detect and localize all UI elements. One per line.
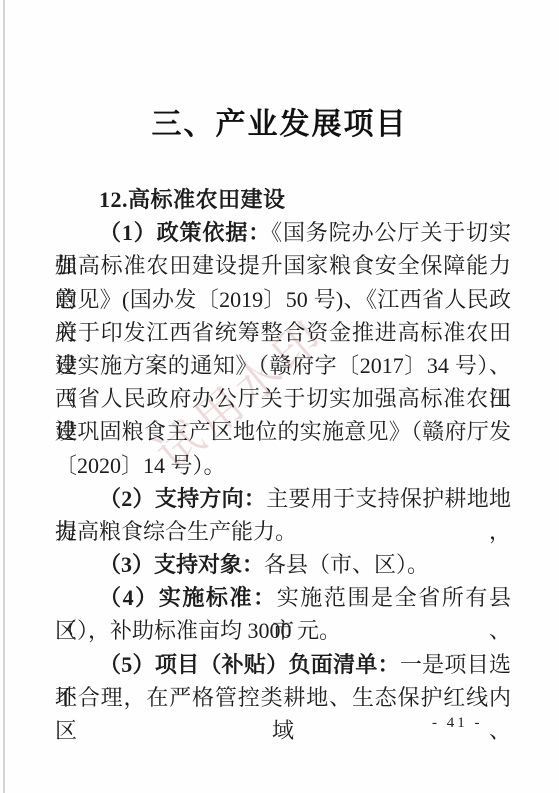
document-body: 12.高标准农田建设 （1）政策依据：《国务院办公厅关于切实加 强高标准农田建设… [55, 183, 511, 714]
document-page: 试用水印 三、产业发展项目 12.高标准农田建设 （1）政策依据：《国务院办公厅… [0, 0, 559, 793]
line-text-run: 设巩固粮食主产区地位的实施意见》（赣府厅发 [55, 419, 511, 444]
line-bold-run: （1）政策依据： [99, 220, 271, 245]
line-bold-run: （3）支持对象： [99, 552, 264, 577]
line-text-run: 〔2020〕14 号）。 [55, 453, 226, 478]
subsection-heading: 12.高标准农田建设 [55, 183, 511, 216]
line-bold-run: （2）支持方向： [99, 486, 266, 511]
paragraph-line: 关于印发江西省统筹整合资金推进高标准农田建 [55, 316, 511, 349]
line-bold-run: （4）实施标准： [99, 585, 277, 610]
paragraph-line: 设实施方案的通知》（赣府字〔2017〕34 号）、《江 [55, 349, 511, 382]
section-title: 三、产业发展项目 [0, 107, 559, 143]
paragraph-line: （1）政策依据：《国务院办公厅关于切实加 [55, 216, 511, 249]
paragraph-line: 强高标准农田建设提升国家粮食安全保障能力的 [55, 249, 511, 282]
paragraph-line: 〔2020〕14 号）。 [55, 449, 511, 482]
page-number: - 41 - [432, 715, 483, 732]
line-bold-run: （5）项目（补贴）负面清单： [99, 652, 400, 677]
paragraph-line: （2）支持方向：主要用于支持保护耕地地力， [55, 482, 511, 515]
line-text-run: 区），补助标准亩均 3000 元。 [55, 618, 341, 643]
line-text-run: 提高粮食综合生产能力。 [55, 519, 297, 544]
paragraph-line: （5）项目（补贴）负面清单：一是项目选址 [55, 648, 511, 681]
paragraph-line: 西省人民政府办公厅关于切实加强高标准农田建 [55, 382, 511, 415]
line-text-run: 各县（市、区）。 [264, 552, 429, 577]
line-text-run: 不合理，在严格管控类耕地、生态保护红线内区域、 [55, 685, 511, 743]
paragraph-line: 意见》(国办发〔2019〕50 号)、《江西省人民政府 [55, 283, 511, 316]
paragraph-line: 不合理，在严格管控类耕地、生态保护红线内区域、 [55, 681, 511, 714]
paragraph-line: 设巩固粮食主产区地位的实施意见》（赣府厅发 [55, 415, 511, 448]
paragraph-line: （3）支持对象：各县（市、区）。 [55, 548, 511, 581]
paragraph-line: （4）实施标准：实施范围是全省所有县（市、 [55, 581, 511, 614]
